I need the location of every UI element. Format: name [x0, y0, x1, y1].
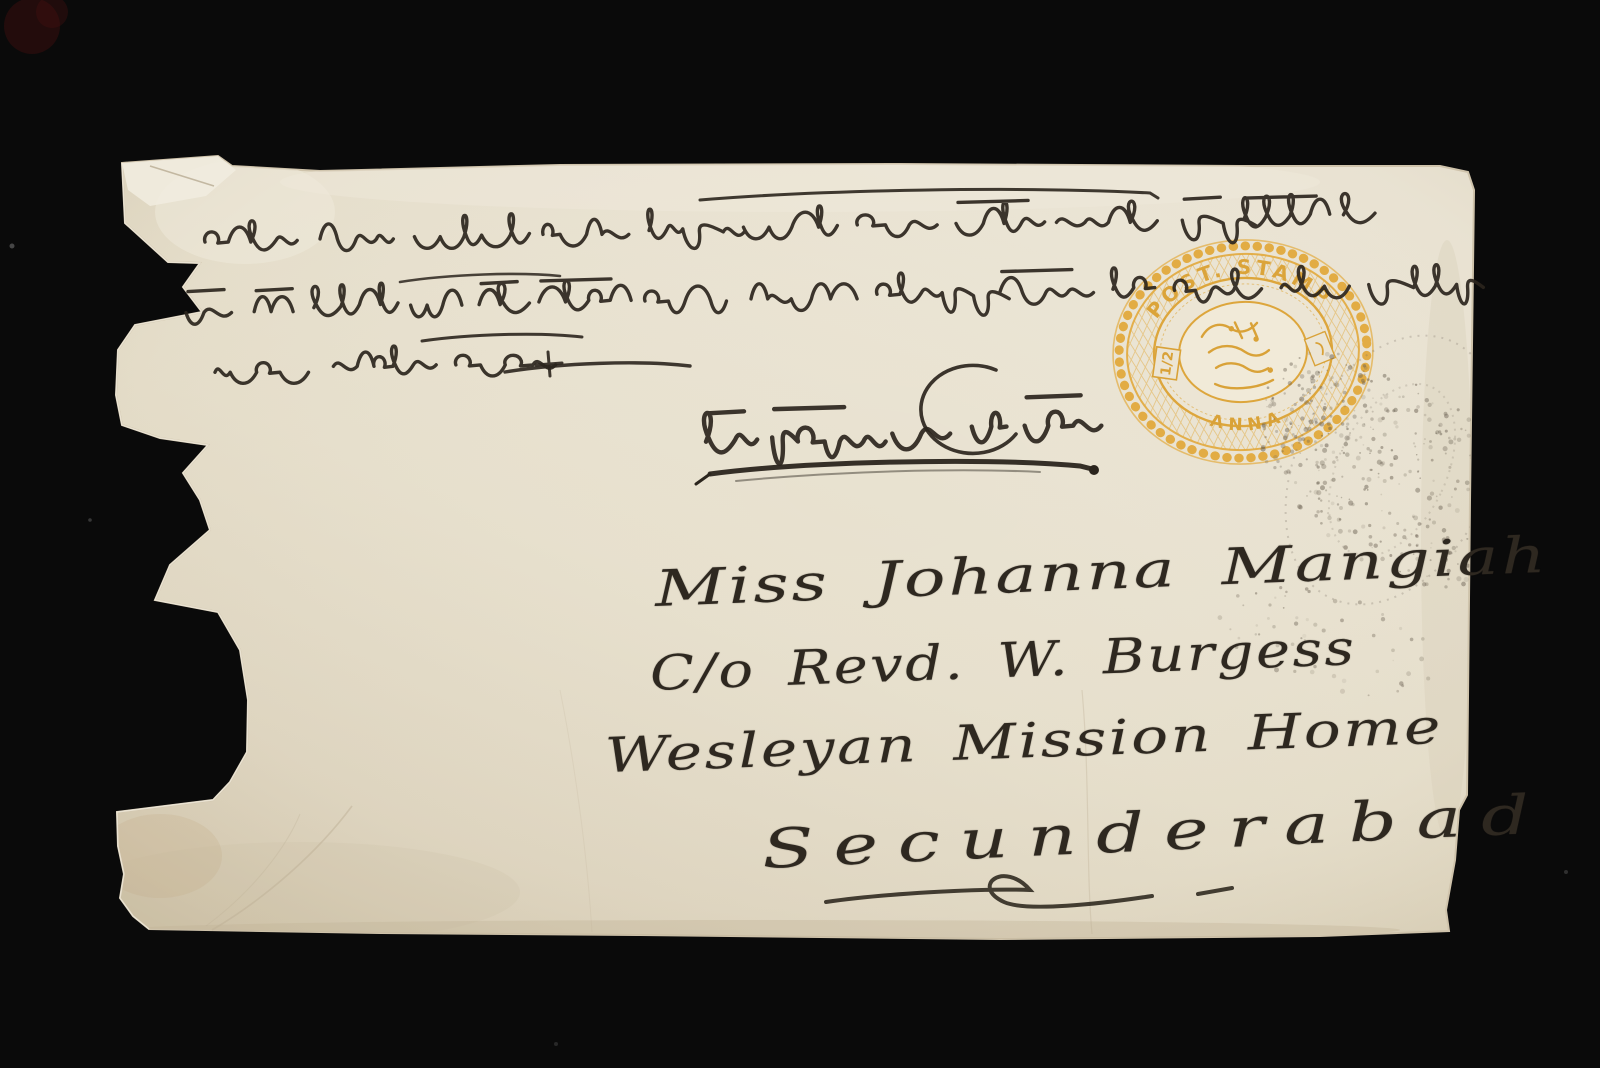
stamp-fraction-text: 1/2	[1158, 350, 1177, 377]
stamp-fraction-box: 1/2	[1153, 347, 1181, 380]
photo-frame: 1/2 POST. STAMP ANNA Miss Johanna Mangia…	[0, 0, 1600, 1068]
